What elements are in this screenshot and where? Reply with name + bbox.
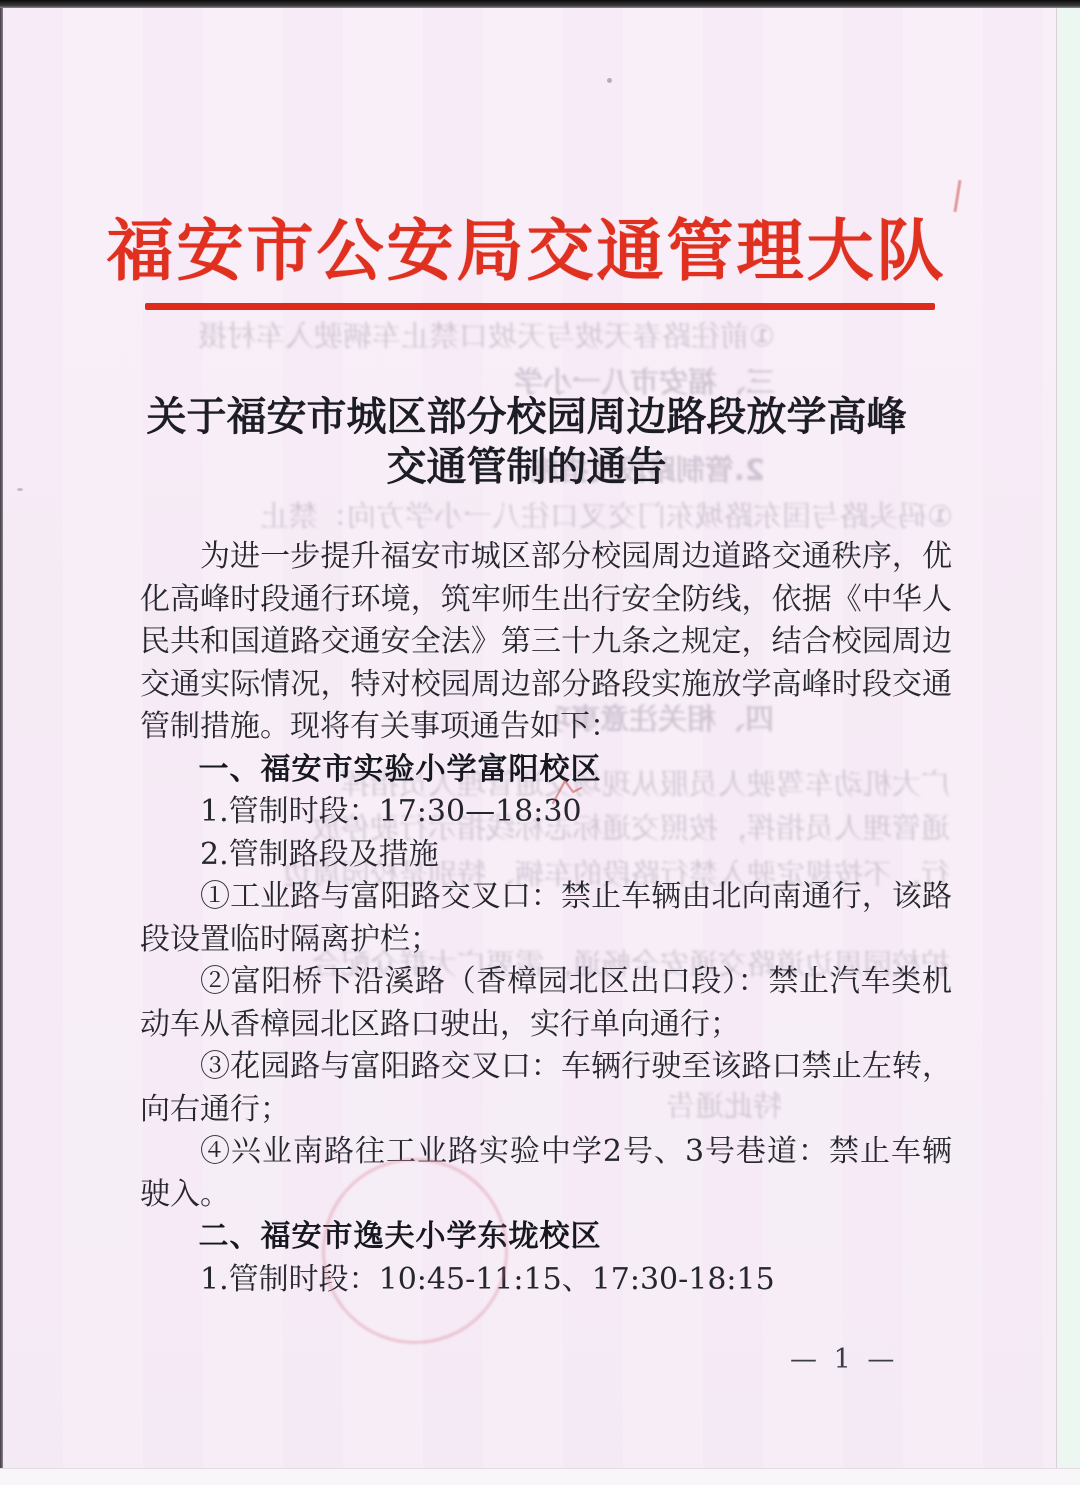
scanner-left-edge xyxy=(0,8,3,1468)
body-line: 2.管制路段及措施 xyxy=(140,834,952,877)
page-number: — 1 — xyxy=(790,1344,950,1375)
body-content: 为进一步提升福安市城区部分校园周边道路交通秩序，优化高峰时段通行环境，筑牢师生出… xyxy=(140,536,952,1301)
body-line: ①工业路与富阳路交叉口：禁止车辆由北向南通行，该路段设置临时隔离护栏； xyxy=(140,876,952,961)
scanned-document: ①前往路春天坡与天坡口禁止车辆驶入车村摄 三、福安市八一小学 2.管制路段及措施… xyxy=(0,0,1080,1485)
document-title: 关于福安市城区部分校园周边路段放学高峰 交通管制的通告 xyxy=(60,392,993,492)
scan-speck xyxy=(607,78,612,83)
red-seal-stamp xyxy=(322,1158,508,1344)
scan-speck xyxy=(17,488,23,491)
scanner-right-gutter xyxy=(1056,8,1080,1468)
body-line: ③花园路与富阳路交叉口：车辆行驶至该路口禁止左转，向右通行； xyxy=(140,1046,952,1131)
letterhead-agency-name: 福安市公安局交通管理大队 xyxy=(0,198,1053,294)
scanner-top-edge xyxy=(0,0,1080,8)
body-line: 1.管制时段：10:45-11:15、17:30-18:15 xyxy=(140,1259,952,1302)
body-line: 1.管制时段：17:30—18:30 xyxy=(140,791,952,834)
section-heading: 二、福安市逸夫小学东垅校区 xyxy=(140,1216,952,1259)
section-heading: 一、福安市实验小学富阳校区 xyxy=(140,749,952,792)
body-line: ④兴业南路往工业路实验中学2号、3号巷道：禁止车辆驶入。 xyxy=(140,1131,952,1216)
red-pen-mark xyxy=(550,776,586,810)
document-title-line2: 交通管制的通告 xyxy=(60,442,993,492)
body-line: 为进一步提升福安市城区部分校园周边道路交通秩序，优化高峰时段通行环境，筑牢师生出… xyxy=(140,536,952,749)
scanner-bottom-edge xyxy=(0,1468,1080,1485)
document-title-line1: 关于福安市城区部分校园周边路段放学高峰 xyxy=(60,392,993,442)
body-line: ②富阳桥下沿溪路（香樟园北区出口段）：禁止汽车类机动车从香樟园北区路口驶出，实行… xyxy=(140,961,952,1046)
letterhead-rule xyxy=(145,303,935,310)
